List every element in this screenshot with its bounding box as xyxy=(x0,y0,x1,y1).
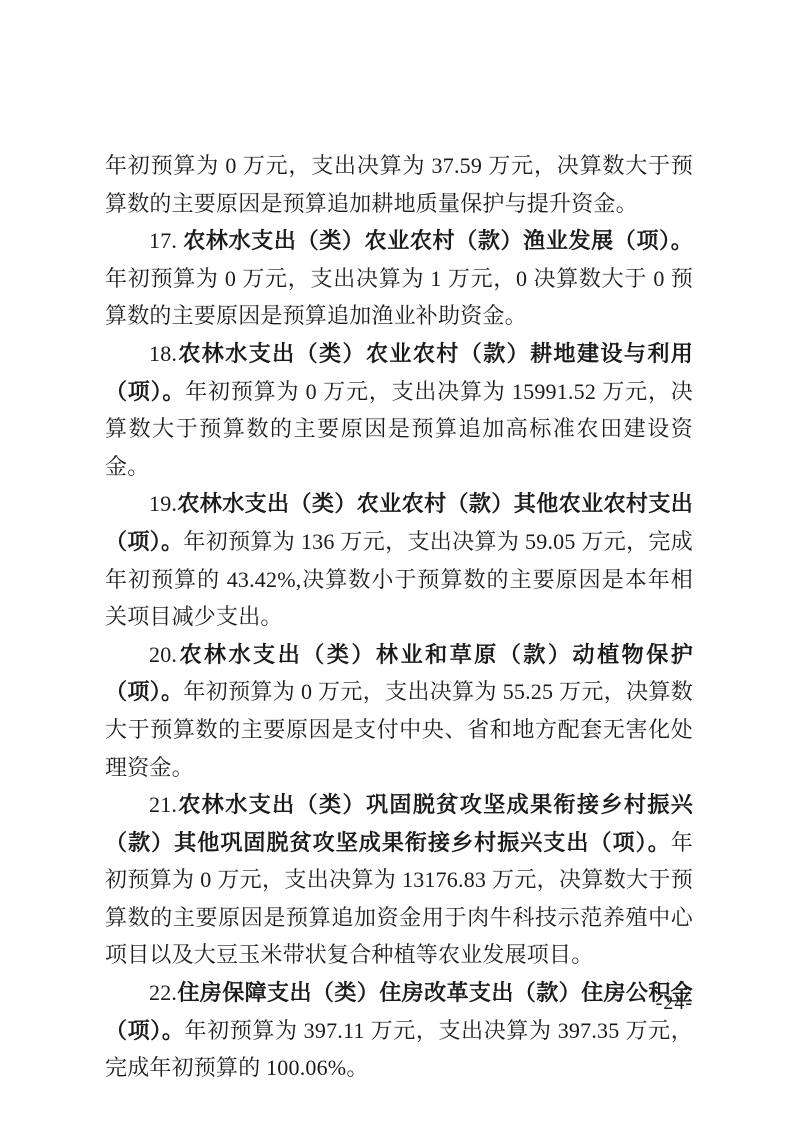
paragraph-4: 20.农林水支出（类）林业和草原（款）动植物保护（项）。年初预算为 0 万元，支… xyxy=(105,636,693,786)
document-body: 年初预算为 0 万元，支出决算为 37.59 万元，决算数大于预算数的主要原因是… xyxy=(105,147,693,1087)
paragraph-1: 17. 农林水支出（类）农业农村（款）渔业发展（项）。年初预算为 0 万元，支出… xyxy=(105,222,693,335)
text-run: 21. xyxy=(149,792,177,817)
document-page: 年初预算为 0 万元，支出决算为 37.59 万元，决算数大于预算数的主要原因是… xyxy=(0,0,793,1122)
text-run: 年初预算为 136 万元，支出决算为 59.05 万元，完成年初预算的 43.4… xyxy=(105,529,693,629)
text-run: 年初预算为 397.11 万元，支出决算为 397.35 万元，完成年初预算的 … xyxy=(105,1018,693,1081)
paragraph-0: 年初预算为 0 万元，支出决算为 37.59 万元，决算数大于预算数的主要原因是… xyxy=(105,147,693,222)
paragraph-6: 22.住房保障支出（类）住房改革支出（款）住房公积金（项）。年初预算为 397.… xyxy=(105,974,693,1087)
heading-run: 农林水支出（类）农业农村（款）渔业发展（项）。 xyxy=(183,228,693,253)
text-run: 22. xyxy=(149,980,177,1005)
heading-run: 农林水支出（类）巩固脱贫攻坚成果衔接乡村振兴（款）其他巩固脱贫攻坚成果衔接乡村振… xyxy=(105,792,693,855)
text-run: 年初预算为 0 万元，支出决算为 37.59 万元，决算数大于预算数的主要原因是… xyxy=(105,153,693,216)
text-run: 年初预算为 0 万元，支出决算为 1 万元，0 决算数大于 0 预算数的主要原因… xyxy=(105,266,693,329)
page-number: -24- xyxy=(656,992,693,1015)
text-run: 18. xyxy=(149,341,177,366)
text-run: 19. xyxy=(149,491,177,516)
paragraph-5: 21.农林水支出（类）巩固脱贫攻坚成果衔接乡村振兴（款）其他巩固脱贫攻坚成果衔接… xyxy=(105,786,693,974)
text-run: 年初预算为 0 万元，支出决算为 15991.52 万元，决算数大于预算数的主要… xyxy=(105,379,693,479)
text-run: 20. xyxy=(149,642,177,667)
text-run: 年初预算为 0 万元，支出决算为 55.25 万元，决算数大于预算数的主要原因是… xyxy=(105,679,693,779)
paragraph-3: 19.农林水支出（类）农业农村（款）其他农业农村支出（项）。年初预算为 136 … xyxy=(105,485,693,635)
paragraph-2: 18.农林水支出（类）农业农村（款）耕地建设与利用（项）。年初预算为 0 万元，… xyxy=(105,335,693,485)
text-run: 17. xyxy=(149,228,183,253)
